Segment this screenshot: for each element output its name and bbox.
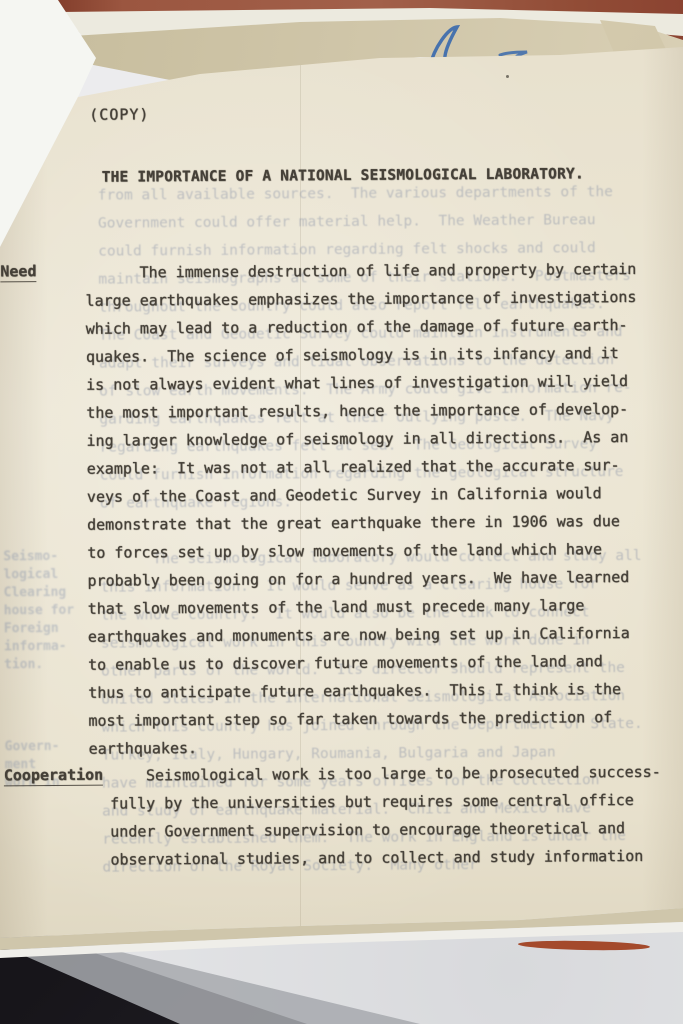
page-title: THE IMPORTANCE OF A NATIONAL SEISMOLOGIC… [102, 166, 584, 185]
margin-heading-cooperation: Cooperation [4, 766, 103, 787]
typed-line: large earthquakes emphasizes the importa… [85, 283, 636, 315]
verso-margin-line: house for [4, 602, 75, 620]
verso-margin-line: logical [3, 566, 74, 584]
typed-line: observational studies, and to collect an… [110, 842, 661, 874]
typed-line: example: It was not at all realized that… [87, 451, 638, 483]
typed-line: The immense destruction of life and prop… [85, 255, 636, 287]
typed-line: is not always evident what lines of inve… [86, 367, 637, 399]
typed-line: the most important results, hence the im… [86, 395, 637, 427]
verso-margin-line: Seismo- [3, 548, 74, 566]
verso-margin-note: Seismo-logicalClearinghouse forForeignin… [3, 548, 74, 674]
margin-heading-need: Need [0, 262, 36, 282]
typed-line: under Government supervision to encourag… [110, 814, 661, 846]
typed-line: which may lead to a reduction of the dam… [86, 311, 637, 343]
page-content: from all available sources. The various … [0, 0, 683, 1024]
verso-margin-line: Govern- [5, 738, 60, 756]
need-paragraph: The immense destruction of life and prop… [85, 255, 639, 763]
typed-line: probably been going on for a hundred yea… [87, 563, 638, 595]
typed-line: to enable us to discover future movement… [88, 647, 639, 679]
verso-margin-line: Clearing [3, 584, 74, 602]
typed-line: quakes. The science of seismology is in … [86, 339, 637, 371]
verso-margin-line: tion. [4, 656, 75, 674]
typed-line: that slow movements of the land must pre… [88, 591, 639, 623]
typed-line: most important step so far taken towards… [88, 703, 639, 735]
typed-line: fully by the universities but requires s… [110, 786, 661, 818]
verso-margin-line: informa- [4, 638, 75, 656]
typed-line: to forces set up by slow movements of th… [87, 535, 638, 567]
copy-label: (COPY) [89, 105, 149, 123]
cooperation-paragraph: Seismological work is too large to be pr… [110, 758, 662, 874]
typed-line: demonstrate that the great earthquake th… [87, 507, 638, 539]
typed-line: ing larger knowledge of seismology in al… [86, 423, 637, 455]
typed-line: thus to anticipate future earthquakes. T… [88, 675, 639, 707]
typed-line: earthquakes and monuments are now being … [88, 619, 639, 651]
typed-line: Seismological work is too large to be pr… [110, 758, 661, 790]
typed-line: veys of the Coast and Geodetic Survey in… [87, 479, 638, 511]
verso-line: Government could offer material help. Th… [98, 206, 639, 238]
photo-of-typewritten-document: from all available sources. The various … [0, 0, 683, 1024]
verso-margin-line: Foreign [4, 620, 75, 638]
